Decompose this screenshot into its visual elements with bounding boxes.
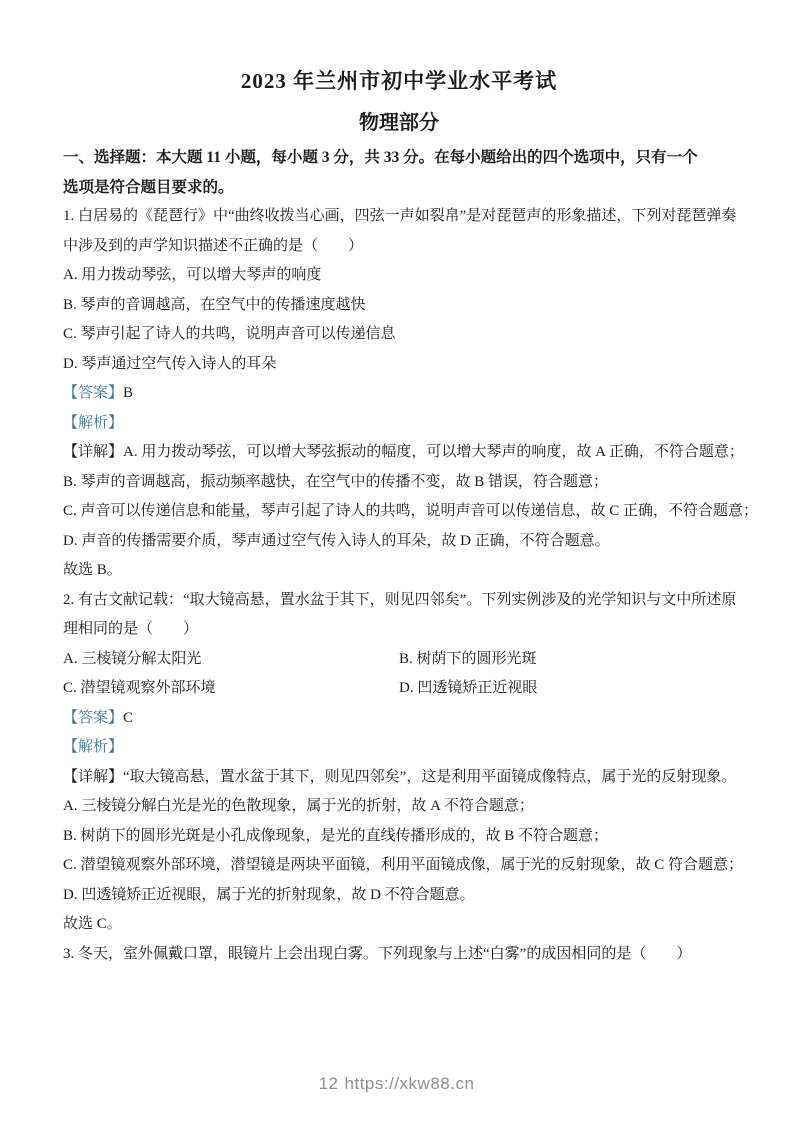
- question-2-detail-line-5: D. 凹透镜矫正近视眼，属于光的折射现象，故 D 不符合题意。: [63, 881, 735, 911]
- question-1-option-a: A. 用力拨动琴弦，可以增大琴声的响度: [63, 261, 735, 291]
- question-2-detail-intro: “取大镜高悬，置水盆于其下，则见四邻矣”，这是利用平面镜成像特点，属于光的反射现…: [123, 769, 736, 785]
- page-number: 12: [319, 1074, 339, 1093]
- exam-page: 2023 年兰州市初中学业水平考试 物理部分 一、选择题：本大题 11 小题，每…: [0, 0, 793, 1122]
- question-2: 2. 有古文献记载：“取大镜高悬，置水盆于其下，则见四邻矣”。下列实例涉及的光学…: [63, 586, 735, 940]
- question-1-detail-line-2: B. 琴声的音调越高，振动频率越快，在空气中的传播不变，故 B 错误，符合题意；: [63, 468, 735, 498]
- question-3-stem-line-1: 3. 冬天，室外佩戴口罩，眼镜片上会出现白雾。下列现象与上述“白雾”的成因相同的…: [63, 940, 735, 970]
- question-2-option-b: B. 树荫下的圆形光斑: [399, 645, 735, 675]
- question-2-answer-line: 【答案】C: [63, 704, 735, 734]
- question-2-options-row-2: C. 潜望镜观察外部环境 D. 凹透镜矫正近视眼: [63, 674, 735, 704]
- question-1: 1. 白居易的《琵琶行》中“曲终收拨当心画，四弦一声如裂帛”是对琵琶声的形象描述…: [63, 202, 735, 586]
- detail-tag: 【详解】: [63, 444, 123, 460]
- question-2-answer-value: C: [123, 710, 133, 726]
- analysis-tag: 【解析】: [63, 415, 123, 431]
- question-2-option-a: A. 三棱镜分解太阳光: [63, 645, 399, 675]
- section-header-line-1: 一、选择题：本大题 11 小题，每小题 3 分，共 33 分。在每小题给出的四个…: [63, 143, 735, 173]
- question-2-conclusion: 故选 C。: [63, 910, 735, 940]
- section-header-line-2: 选项是符合题目要求的。: [63, 173, 735, 203]
- page-subtitle: 物理部分: [63, 108, 735, 138]
- question-1-option-b: B. 琴声的音调越高，在空气中的传播速度越快: [63, 291, 735, 321]
- question-2-stem-line-2: 理相同的是（ ）: [63, 615, 735, 645]
- question-3: 3. 冬天，室外佩戴口罩，眼镜片上会出现白雾。下列现象与上述“白雾”的成因相同的…: [63, 940, 735, 970]
- section-header: 一、选择题：本大题 11 小题，每小题 3 分，共 33 分。在每小题给出的四个…: [63, 143, 735, 202]
- page-title: 2023 年兰州市初中学业水平考试: [63, 66, 735, 96]
- question-2-detail-line-3: B. 树荫下的圆形光斑是小孔成像现象，是光的直线传播形成的，故 B 不符合题意；: [63, 822, 735, 852]
- question-2-option-d: D. 凹透镜矫正近视眼: [399, 674, 735, 704]
- question-1-answer-line: 【答案】B: [63, 379, 735, 409]
- answer-tag: 【答案】: [63, 385, 123, 401]
- question-1-analysis-line: 【解析】: [63, 409, 735, 439]
- footer-url: https://xkw88.cn: [345, 1074, 475, 1093]
- question-1-stem-line-1: 1. 白居易的《琵琶行》中“曲终收拨当心画，四弦一声如裂帛”是对琵琶声的形象描述…: [63, 202, 735, 232]
- question-1-stem-line-2: 中涉及到的声学知识描述不正确的是（ ）: [63, 232, 735, 262]
- question-1-answer-value: B: [123, 385, 133, 401]
- question-1-detail-line-4: D. 声音的传播需要介质，琴声通过空气传入诗人的耳朵，故 D 正确，不符合题意。: [63, 527, 735, 557]
- question-2-detail-line-2: A. 三棱镜分解白光是光的色散现象，属于光的折射，故 A 不符合题意；: [63, 792, 735, 822]
- exam-content: 2023 年兰州市初中学业水平考试 物理部分 一、选择题：本大题 11 小题，每…: [0, 0, 793, 969]
- question-1-detail-intro: A. 用力拨动琴弦，可以增大琴弦振动的幅度，可以增大琴声的响度，故 A 正确，不…: [123, 444, 744, 460]
- question-1-conclusion: 故选 B。: [63, 556, 735, 586]
- analysis-tag: 【解析】: [63, 739, 123, 755]
- question-2-options-row-1: A. 三棱镜分解太阳光 B. 树荫下的圆形光斑: [63, 645, 735, 675]
- question-2-detail-line-1: 【详解】“取大镜高悬，置水盆于其下，则见四邻矣”，这是利用平面镜成像特点，属于光…: [63, 763, 735, 793]
- question-2-detail-line-4: C. 潜望镜观察外部环境，潜望镜是两块平面镜，利用平面镜成像，属于光的反射现象，…: [63, 851, 735, 881]
- question-1-detail-line-3: C. 声音可以传递信息和能量，琴声引起了诗人的共鸣，说明声音可以传递信息，故 C…: [63, 497, 735, 527]
- detail-tag: 【详解】: [63, 769, 123, 785]
- question-2-analysis-line: 【解析】: [63, 733, 735, 763]
- question-2-option-c: C. 潜望镜观察外部环境: [63, 674, 399, 704]
- question-2-stem-line-1: 2. 有古文献记载：“取大镜高悬，置水盆于其下，则见四邻矣”。下列实例涉及的光学…: [63, 586, 735, 616]
- page-footer: 12https://xkw88.cn: [0, 1074, 793, 1094]
- question-1-option-d: D. 琴声通过空气传入诗人的耳朵: [63, 350, 735, 380]
- question-1-detail-line-1: 【详解】A. 用力拨动琴弦，可以增大琴弦振动的幅度，可以增大琴声的响度，故 A …: [63, 438, 735, 468]
- answer-tag: 【答案】: [63, 710, 123, 726]
- question-1-option-c: C. 琴声引起了诗人的共鸣，说明声音可以传递信息: [63, 320, 735, 350]
